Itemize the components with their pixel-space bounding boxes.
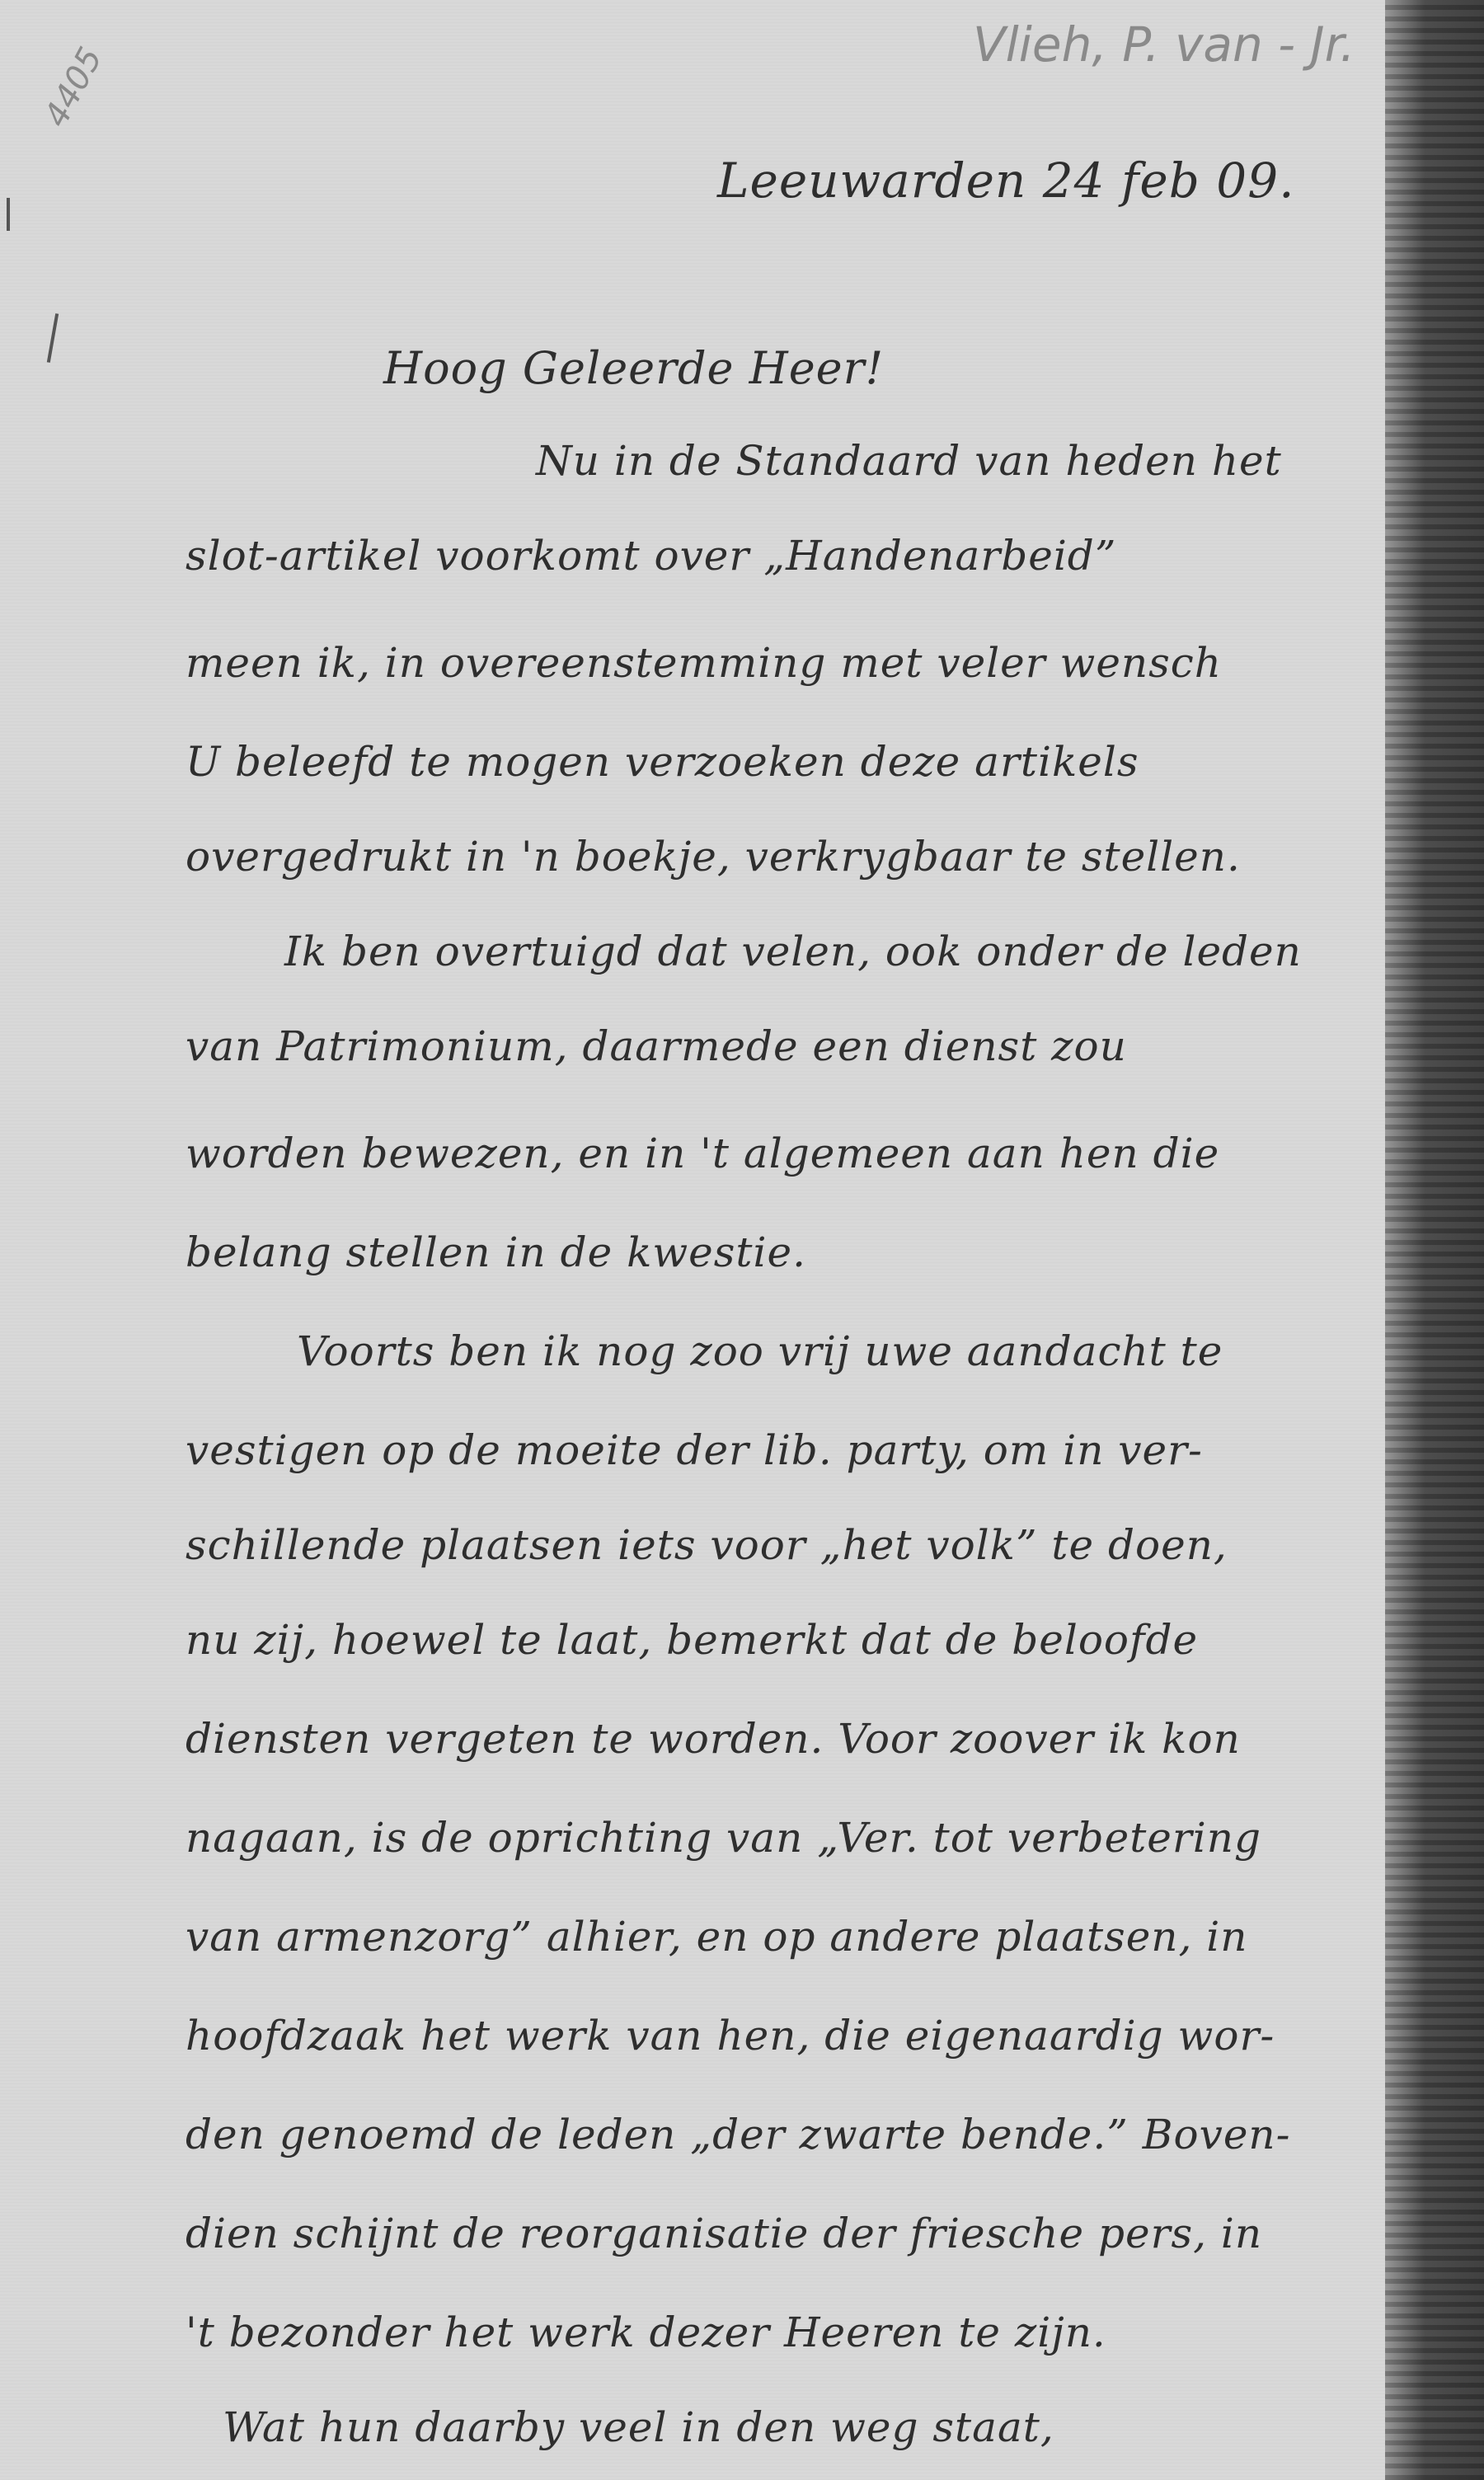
letter-line: vestigen op de moeite der lib. party, om… (185, 1426, 1203, 1474)
letter-line: nagaan, is de oprichting van „Ver. tot v… (185, 1814, 1261, 1862)
letter-line: Nu in de Standaard van heden het (536, 437, 1282, 485)
salutation: Hoog Geleerde Heer! (383, 342, 884, 394)
letter-line: overgedrukt in 'n boekje, verkrygbaar te… (185, 833, 1241, 881)
letter-line: Wat hun daarby veel in den weg staat, (223, 2403, 1054, 2451)
letter-line: Voorts ben ik nog zoo vrij uwe aandacht … (297, 1327, 1223, 1375)
letter-line: belang stellen in de kwestie. (185, 1228, 806, 1276)
letter-line: worden bewezen, en in 't algemeen aan he… (185, 1130, 1219, 1177)
letter-line: Ik ben overtuigd dat velen, ook onder de… (284, 928, 1302, 975)
letter-line: nu zij, hoewel te laat, bemerkt dat de b… (185, 1616, 1198, 1664)
margin-mark (47, 313, 59, 363)
letter-line: 't bezonder het werk dezer Heeren te zij… (185, 2309, 1106, 2356)
letter-line: diensten vergeten te worden. Voor zoover… (185, 1715, 1241, 1763)
margin-mark (7, 198, 10, 231)
letter-line: van armenzorg” alhier, en op andere plaa… (185, 1913, 1247, 1961)
catalog-number: 4405 (37, 41, 110, 133)
date-line: Leeuwarden 24 feb 09. (717, 153, 1295, 209)
letter-line: slot-artikel voorkomt over „Handenarbeid… (185, 532, 1116, 580)
letter-line: den genoemd de leden „der zwarte bende.”… (185, 2111, 1291, 2158)
archive-note: Vlieh, P. van - Jr. (973, 16, 1355, 73)
letter-line: schillende plaatsen iets voor „het volk”… (185, 1521, 1228, 1569)
letter-line: hoofdzaak het werk van hen, die eigenaar… (185, 2012, 1275, 2060)
letter-page: 4405 Vlieh, P. van - Jr. Leeuwarden 24 f… (0, 0, 1484, 2480)
letter-line: van Patrimonium, daarmede een dienst zou (185, 1022, 1127, 1070)
letter-line: meen ik, in overeenstemming met veler we… (185, 639, 1222, 687)
letter-line: U beleefd te mogen verzoeken deze artike… (185, 738, 1139, 786)
binding-edge (1385, 0, 1484, 2480)
letter-line: dien schijnt de reorganisatie der friesc… (185, 2210, 1262, 2257)
